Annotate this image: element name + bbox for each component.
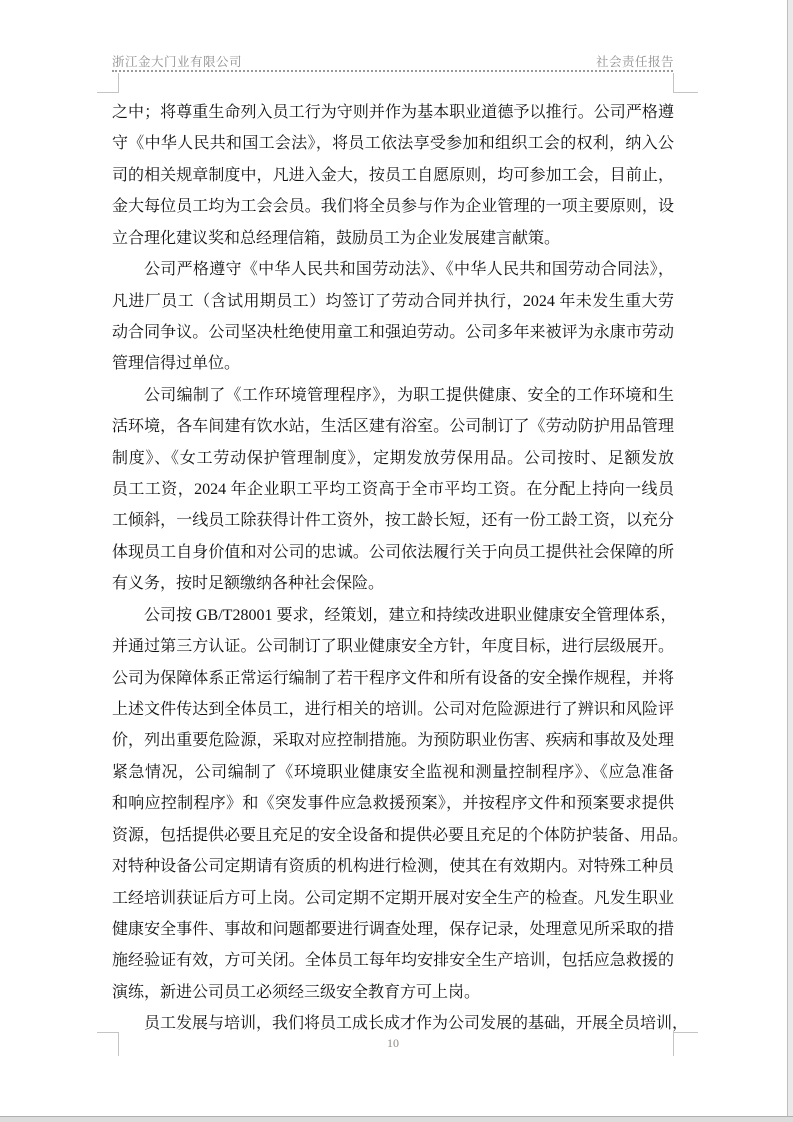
- body-line: 施经验证有效，方可关闭。全体员工每年均安排安全生产培训，包括应急救援的: [112, 945, 674, 976]
- body-line: 价，列出重要危险源，采取对应控制措施。为预防职业伤害、疾病和事故及处理: [112, 725, 674, 756]
- body-line: 动合同争议。公司坚决杜绝使用童工和强迫劳动。公司多年来被评为永康市劳动: [112, 317, 674, 348]
- body-line: 体现员工自身价值和对公司的忠诚。公司依法履行关于向员工提供社会保障的所: [112, 537, 674, 568]
- body-line: 工经培训获证后方可上岗。公司定期不定期开展对安全生产的检查。凡发生职业: [112, 883, 674, 914]
- body-line: 工倾斜，一线员工除获得计件工资外，按工龄长短，还有一份工龄工资，以充分: [112, 505, 674, 536]
- body-line: 对特种设备公司定期请有资质的机构进行检测，使其在有效期内。对特殊工种员: [112, 851, 674, 882]
- page-right-edge: [787, 0, 793, 1117]
- body-line: 资源，包括提供必要且充足的安全设备和提供必要且充足的个体防护装备、用品。: [112, 820, 674, 851]
- body-line: 健康安全事件、事故和问题都要进行调查处理，保存记录，处理意见所采取的措: [112, 914, 674, 945]
- body-line: 金大每位员工均为工会会员。我们将全员参与作为企业管理的一项主要原则，设: [112, 191, 674, 222]
- body-line: 立合理化建议奖和总经理信箱，鼓励员工为企业发展建言献策。: [112, 223, 674, 254]
- body-line: 制度》、《女工劳动保护管理制度》，定期发放劳保用品。公司按时、足额发放: [112, 443, 674, 474]
- body-line: 上述文件传达到全体员工，进行相关的培训。公司对危险源进行了辨识和风险评: [112, 694, 674, 725]
- body-line: 员工工资，2024 年企业职工平均工资高于全市平均工资。在分配上持向一线员: [112, 474, 674, 505]
- page-header: 浙江金大门业有限公司 社会责任报告: [112, 52, 674, 70]
- document-body: 之中；将尊重生命列入员工行为守则并作为基本职业道德予以推行。公司严格遵 守《中华…: [112, 97, 674, 1040]
- body-line: 演练，新进公司员工必须经三级安全教育方可上岗。: [112, 977, 674, 1008]
- body-line: 有义务，按时足额缴纳各种社会保险。: [112, 568, 674, 599]
- page-bottom-edge: [0, 1116, 793, 1122]
- text-boundary-mark-top-left: [97, 73, 119, 93]
- body-line: 司的相关规章制度中，凡进入金大，按员工自愿原则，均可参加工会，目前止，: [112, 160, 674, 191]
- body-line: 凡进厂员工（含试用期员工）均签订了劳动合同并执行，2024 年未发生重大劳: [112, 286, 674, 317]
- header-company-name: 浙江金大门业有限公司: [112, 52, 242, 70]
- body-line: 公司为保障体系正常运行编制了若干程序文件和所有设备的安全操作规程，并将: [112, 663, 674, 694]
- text-boundary-mark-top-right: [673, 73, 698, 93]
- header-report-title: 社会责任报告: [596, 52, 674, 70]
- body-line: 公司按 GB/T28001 要求，经策划，建立和持续改进职业健康安全管理体系，: [112, 600, 674, 631]
- body-line: 和响应控制程序》和《突发事件应急救援预案》，并按程序文件和预案要求提供: [112, 788, 674, 819]
- body-line: 之中；将尊重生命列入员工行为守则并作为基本职业道德予以推行。公司严格遵: [112, 97, 674, 128]
- body-line: 管理信得过单位。: [112, 348, 674, 379]
- document-page: 浙江金大门业有限公司 社会责任报告 之中；将尊重生命列入员工行为守则并作为基本职…: [0, 0, 793, 1122]
- body-line: 并通过第三方认证。公司制订了职业健康安全方针，年度目标，进行层级展开。: [112, 631, 674, 662]
- body-line: 紧急情况，公司编制了《环境职业健康安全监视和测量控制程序》、《应急准备: [112, 757, 674, 788]
- header-rule: [112, 70, 673, 72]
- body-line: 公司严格遵守《中华人民共和国劳动法》、《中华人民共和国劳动合同法》，: [112, 254, 674, 285]
- body-line: 守《中华人民共和国工会法》，将员工依法享受参加和组织工会的权利，纳入公: [112, 128, 674, 159]
- body-line: 活环境，各车间建有饮水站，生活区建有浴室。公司制订了《劳动防护用品管理: [112, 411, 674, 442]
- page-number: 10: [112, 1036, 674, 1051]
- body-line: 公司编制了《工作环境管理程序》，为职工提供健康、安全的工作环境和生: [112, 380, 674, 411]
- body-line: 员工发展与培训，我们将员工成长成才作为公司发展的基础，开展全员培训，: [112, 1008, 674, 1039]
